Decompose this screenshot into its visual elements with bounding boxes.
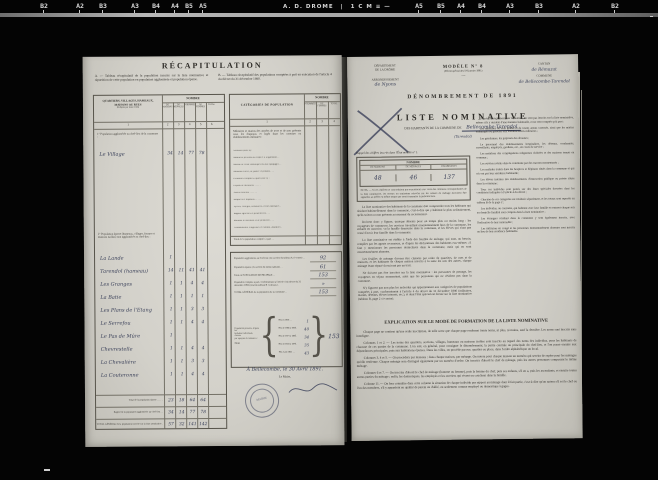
archive-label: A. D. DROME: [283, 4, 334, 10]
explication-paragraph: Chaque page ne contient qu'une seule ins…: [356, 327, 576, 338]
value-cell: 32: [176, 422, 187, 427]
value-cell: 18: [176, 398, 187, 403]
ruler-tick-label: B2: [611, 2, 619, 10]
nota-paragraph: NOTA. — Si ces chiffres ne concordaient …: [360, 186, 468, 199]
column-label: DE MAISONS: [162, 104, 173, 108]
place-name: La Batie: [95, 294, 165, 300]
signer-role: Le Maire,: [225, 374, 345, 379]
value-cell: 41: [187, 268, 198, 273]
commune-handwritten: de Bellecombe-Tarendol: [515, 78, 573, 84]
column-number: 6: [206, 122, 217, 126]
explication-paragraph: Colonnes 3, 4 et 5. — On procédera par m…: [357, 353, 577, 368]
value-cell: 1: [176, 320, 187, 325]
column-number: 4: [328, 119, 340, 123]
table-a-population: QUARTIERS, VILLAGES, HAMEAUX, MAISONS OU…: [93, 94, 227, 430]
value-cell: 4: [197, 281, 208, 286]
value-cell: 1: [187, 294, 198, 299]
dust-speck: [650, 16, 653, 17]
column-label: TOTAL: [206, 104, 217, 108]
census-title: DÉNOMBREMENT DE 1891: [387, 93, 537, 101]
intro-paragraph-b: B. — Tableau récapitulatif des populatio…: [218, 72, 332, 81]
ruler-tick-label: B5: [437, 2, 445, 10]
summary-label: Population éparse (2e section du même ta…: [234, 266, 310, 269]
place-date: À Bellecombe, le 30 Avril 1891.: [225, 367, 345, 373]
left-brace: {: [259, 314, 278, 359]
canton-block: CANTON de Rémuzat COMMUNE de Bellecombe-…: [515, 62, 573, 84]
value-cell: 1: [176, 281, 187, 286]
total-label: Rappel de la population agglomérée au ch…: [96, 412, 165, 415]
column-number: 2: [162, 122, 173, 126]
table-row: Chevrestelle 1 1 4 4: [96, 342, 226, 356]
ruler-tick-label: B2: [40, 2, 48, 10]
place-name: La Lande: [95, 255, 165, 261]
summary-value: 61: [310, 264, 336, 271]
value-cell: 1: [177, 359, 188, 364]
left-page-recapitulation: RÉCAPITULATION A. — Tableau récapitulati…: [83, 55, 345, 447]
table-row: La Chevalière 1 1 3 3: [96, 355, 226, 369]
signature-flourish: [287, 381, 339, 397]
place-name: Le Village: [94, 151, 164, 157]
value-cell: 4: [198, 346, 209, 351]
table-row: Le Pas de Mûre 1: [96, 329, 226, 343]
column-numbers: 23456: [162, 122, 224, 126]
value-cell: 3: [198, 307, 209, 312]
rappel-value: 46: [396, 174, 432, 181]
value-cell: 4: [187, 320, 198, 325]
explication-title: EXPLICATION SUR LE MODE DE FORMATION DE …: [356, 317, 576, 325]
place-name: Les Plans de l'Étang: [95, 307, 165, 313]
totals-rows: Total de la population éparse . . . . . …: [96, 394, 226, 431]
detail-row: Nés avant 1841 . . 43: [279, 348, 310, 356]
column-number: 3: [173, 122, 184, 126]
summary-row: Population comptée à part, conformément …: [234, 281, 338, 289]
section-2-label: 2° Population éparse (hameaux, villages,…: [98, 232, 160, 239]
column-label: DE FEMMES: [316, 103, 328, 107]
right-page-liste-nominative: DÉPARTEMENT DE LA DRÔME ARRONDISSEMENT d…: [347, 54, 583, 441]
ruler-separator: |: [341, 4, 344, 10]
total-label: TOTAL GÉNÉRAL de la population inscrite …: [96, 424, 165, 427]
instruction-paragraph: Les ouvriers réunis dans la commune par …: [476, 161, 574, 166]
column-label: D'HOMMES: [184, 104, 195, 108]
instruction-paragraph: La liste nominative des habitants de la …: [357, 205, 471, 218]
value-cell: 1: [166, 307, 177, 312]
value-cell: 1: [165, 255, 176, 260]
value-cell: 1: [166, 294, 177, 299]
microfilm-scan-viewport[interactable]: B2 A2 B3 A3 B4: [0, 0, 658, 480]
explication-paragraph: Colonnes 1 et 2. — Les noms des quartier…: [356, 338, 576, 353]
detail-label: Nés de 1886 à 1890 .: [279, 327, 297, 329]
value-cell: 78: [196, 151, 207, 156]
value-cell: 14: [176, 410, 187, 415]
table-row: La Lande 1: [95, 251, 225, 265]
ruler-tick-label: A3: [506, 2, 514, 10]
table-a-subcolumns: DE MAISONSDE MÉNAGESD'HOMMESDE FEMMESTOT…: [162, 104, 224, 109]
summary-value: »: [310, 281, 336, 288]
table-b-categories: CATÉGORIES DE POPULATION NOMBRE D'HOMMES…: [229, 93, 342, 246]
instruction-paragraph: Doivent donc y figurer, quoique absents …: [357, 219, 471, 236]
summary-value: 153: [310, 272, 336, 279]
total-label: Total de la population éparse . . . . .: [96, 400, 165, 403]
value-cell: 1: [166, 359, 177, 364]
left-column: Rappel des chiffres inscrits dans l'État…: [356, 150, 472, 306]
table-b-intro: Militaires et marins des armées de terre…: [233, 129, 301, 139]
value-cell: 77: [186, 151, 197, 156]
recap-title: RÉCAPITULATION: [83, 60, 342, 71]
summary-label: TOTAL GÉNÉRAL de la population de la com…: [234, 292, 310, 295]
detail-row: Nés de 1871 à 1885 . 34: [279, 332, 310, 340]
value-cell: 1: [177, 346, 188, 351]
value-cell: 34: [166, 410, 177, 415]
summary-row: TOTAL GÉNÉRAL de la population de la com…: [234, 289, 338, 297]
section-1-label: 1° Population agglomérée au chef-lieu de…: [97, 132, 159, 139]
column-label: DE MAISONS: [360, 165, 396, 170]
place-name: Les Granges: [95, 281, 165, 287]
column-numbers: 234: [304, 119, 340, 123]
value-cell: 64: [198, 398, 209, 403]
ruler-tick-label: B3: [535, 2, 543, 10]
summary-value: 153: [310, 289, 336, 296]
detail-label: Nés en 1891 . .: [278, 319, 291, 321]
table-row: Tarendol (hameau) 14 11 41 41: [95, 264, 225, 278]
summary-value: 92: [310, 255, 336, 262]
instruction-paragraph: Le personnel des établissements hospital…: [476, 142, 574, 150]
column-label: DE FEMMES: [195, 104, 206, 108]
value-cell: 4: [187, 346, 198, 351]
ruler-tick-label: A5: [415, 2, 423, 10]
ruler-tick-label: A3: [131, 2, 139, 10]
value-cell: 3: [187, 307, 198, 312]
value-cell: 4: [187, 281, 198, 286]
arrondissement-handwritten: de Nyons: [355, 82, 415, 89]
summary-row: Total ou POPULATION MUNICIPALE . . 153: [234, 272, 338, 280]
column-number: 1: [230, 119, 304, 124]
value-cell: 57: [166, 422, 177, 427]
value-cell: 1: [176, 307, 187, 312]
instruction-paragraph: Les étrangers résidant dans la commune y…: [477, 216, 575, 224]
recap-intro: A. — Tableau récapitulatif de la populat…: [95, 72, 332, 82]
mayor-stamp: MAIRIE: [242, 380, 283, 421]
nombre-header: NOMBRE: [162, 96, 224, 100]
value-cell: 1: [197, 294, 208, 299]
table-c-summary: Population agglomérée au chef-lieu (1re …: [230, 251, 343, 368]
detail-row: Nés en 1891 . . 1: [278, 316, 309, 324]
explication-paragraph: Colonnes 6 et 7. — On inscrira d'abord l…: [357, 368, 577, 379]
instruction-paragraph: N'y figurent pas non plus les individus …: [358, 285, 472, 302]
column-label: DE MÉNAGES: [173, 104, 184, 108]
place-name: Tarendol (hameau): [95, 268, 165, 274]
value-cell: 3: [187, 359, 198, 364]
detail-row: Nés de 1886 à 1890 . 40: [279, 324, 310, 332]
value-cell: 1: [166, 372, 177, 377]
instruction-paragraph: Tous ces individus sont portés sur des l…: [477, 187, 575, 195]
instruction-paragraph: Chacune de ces catégories est totalisée …: [477, 197, 575, 205]
ruler-tick-label: B5: [185, 2, 193, 10]
rappel-values: 4846137: [360, 170, 466, 186]
rappel-value: 137: [432, 174, 467, 181]
ruler-tick-label: B4: [478, 2, 486, 10]
table-a-header: QUARTIERS, VILLAGES, HAMEAUX, MAISONS OU…: [94, 98, 162, 108]
value-cell: 14: [175, 151, 186, 156]
table-b-rows: Garnison (liste b) :Militaires présents …: [233, 149, 304, 233]
column-number: 2: [304, 119, 316, 123]
total-row: Total de la population éparse . . . . . …: [96, 394, 226, 407]
value-cell: 1: [166, 333, 177, 338]
scale-label: 1 C M ≡ —: [351, 4, 391, 10]
detail-label: Nés de 1841 à 1870 .: [279, 343, 297, 345]
instruction-paragraph: Les membres des congrégations religieuse…: [476, 152, 574, 160]
rappel-box: NOMBRE DE MAISONSDE MÉNAGESD'HABITANTS 4…: [356, 156, 471, 202]
right-column-paragraphs: D'après les règlements sur la matière, n…: [476, 116, 575, 237]
rappel-caption: Rappel des chiffres inscrits dans l'État…: [356, 150, 470, 155]
instruction-paragraph: D'après les règlements sur la matière, n…: [476, 116, 574, 124]
intro-paragraph-a: A. — Tableau récapitulatif de la populat…: [95, 73, 209, 82]
summary-label: Total ou POPULATION MUNICIPALE . .: [234, 275, 310, 278]
place-name: La Chevalière: [96, 359, 166, 365]
stamp-text: MAIRIE: [246, 393, 278, 404]
category-row: Communautés religieuses et établiss. ass…: [234, 226, 304, 233]
table-row: La Couteronne 1 1 4 4: [96, 368, 226, 382]
column-number: 5: [195, 122, 206, 126]
value-cell: 78: [198, 410, 209, 415]
explication-paragraph: Colonne 11. — On fera connaître dans cet…: [357, 379, 577, 390]
total-row: Rappel de la population agglomérée au ch…: [96, 406, 226, 419]
value-cell: 1: [166, 346, 177, 351]
total-row: TOTAL GÉNÉRAL de la population inscrite …: [96, 418, 226, 431]
ruler-tick-label: B3: [99, 2, 107, 10]
ruler-tick-label: B4: [152, 2, 160, 10]
summary-row: Population agglomérée au chef-lieu (1re …: [234, 255, 338, 263]
instruction-paragraph: Ne doivent pas être inscrites sur la lis…: [358, 271, 472, 284]
column-number: 3: [316, 119, 328, 123]
place-name: Chevrestelle: [96, 346, 166, 352]
instruction-paragraph: Les militaires en congé et les personnes…: [477, 226, 575, 234]
table-b-subcolumns: D'HOMMESDE FEMMESTOTAL: [304, 103, 340, 108]
summary-label: Population comptée à part, conformément …: [234, 282, 310, 288]
value-cell: 3: [198, 359, 209, 364]
explication-paragraphs: Chaque page ne contient qu'une seule ins…: [356, 327, 577, 392]
dont-label: Dont: [235, 343, 260, 346]
column-label: DE MÉNAGES: [396, 165, 432, 170]
table-row: Les Granges 1 1 4 4: [95, 277, 225, 291]
value-cell: 1: [177, 372, 188, 377]
summary-rows: Population agglomérée au chef-lieu (1re …: [231, 252, 341, 297]
column-label: D'HABITANTS: [432, 165, 467, 170]
ruler-tick-label: A5: [199, 2, 207, 10]
detail-note: Population présente, d'après les bulleti…: [235, 327, 260, 346]
table-row: Les Plans de l'Étang 1 1 3 3: [95, 303, 225, 317]
instruction-paragraph: Les militaires de tous grades et de tout…: [476, 126, 574, 134]
value-cell: 77: [187, 410, 198, 415]
left-column-paragraphs: La liste nominative des habitants de la …: [357, 205, 472, 302]
value-cell: 34: [165, 151, 176, 156]
column-number: 1: [94, 122, 162, 126]
value-cell: 142: [198, 422, 209, 427]
department-block: DÉPARTEMENT DE LA DRÔME ARRONDISSEMENT d…: [355, 64, 415, 88]
value-cell: 41: [197, 268, 208, 273]
value-cell: 64: [187, 398, 198, 403]
place-name: Le Pas de Mûre: [96, 333, 166, 339]
nombre-header: NOMBRE: [304, 95, 340, 99]
table-row: Le Serrefou 1 1 4 4: [95, 316, 225, 330]
ruler-tick-label: A4: [171, 2, 179, 10]
instruction-paragraph: Les feuilles de ménage doivent être clas…: [357, 256, 471, 269]
right-brace: }: [309, 314, 328, 359]
ruler-tick-label: A2: [572, 2, 580, 10]
column-number: 4: [184, 122, 195, 126]
value-cell: 1: [176, 294, 187, 299]
value-cell: 14: [166, 268, 177, 273]
value-cell: 11: [176, 268, 187, 273]
instruction-paragraph: Les malades traités dans les hospices et…: [476, 167, 574, 175]
signature-block: À Bellecombe, le 30 Avril 1891. Le Maire…: [225, 367, 345, 379]
film-strip-edge: [0, 13, 658, 17]
instruction-paragraph: La liste nominative est établie à l'aide…: [357, 238, 471, 255]
detail-label: Nés de 1871 à 1885 .: [279, 335, 297, 337]
detail-total: 153: [328, 333, 340, 340]
place-name: Le Serrefou: [95, 320, 165, 326]
value-cell: 4: [187, 372, 198, 377]
place-name: La Couteronne: [96, 372, 166, 378]
hamlet-rows: La Lande 1 Tarendol (hameau) 14 11 41 41: [95, 251, 226, 382]
instruction-paragraph: Les individus, au contraire, qui habiten…: [477, 206, 575, 214]
canton-handwritten: de Rémuzat: [515, 66, 573, 72]
value-cell: 1: [166, 281, 177, 286]
instruction-paragraph: Les gendarmes, les préposés des douanes …: [476, 136, 574, 141]
rappel-value: 48: [360, 175, 396, 182]
summary-row: Population éparse (2e section du même ta…: [234, 264, 338, 272]
village-row: Le Village 34 14 77 78: [94, 147, 224, 161]
value-cell: 4: [198, 372, 209, 377]
value-cell: 23: [165, 398, 176, 403]
detail-row: Nés de 1841 à 1870 . 35: [279, 340, 310, 348]
value-cell: 4: [198, 320, 209, 325]
instruction-paragraph: Les élèves internes des établissements d…: [476, 177, 574, 185]
value-cell: 1: [166, 320, 177, 325]
column-label: TOTAL: [328, 103, 340, 107]
table-b-header: CATÉGORIES DE POPULATION: [230, 102, 304, 107]
summary-label: Population agglomérée au chef-lieu (1re …: [234, 258, 310, 261]
detail-block: Population présente, d'après les bulleti…: [234, 316, 339, 357]
value-cell: 141: [187, 422, 198, 427]
table-row: La Batie 1 1 1 1: [95, 290, 225, 304]
dust-speck: [44, 469, 50, 471]
table-b-total-row: Total de la population comptée à part . …: [234, 237, 304, 240]
detail-rows: Nés en 1891 . . 1 Nés de 1886 à 1890 . 4…: [278, 316, 309, 356]
ruler-tick-label: A2: [76, 2, 84, 10]
detail-label: Nés avant 1841 . .: [279, 351, 295, 353]
model-block: MODÈLE N° 8 (Décret spécial des 5-8 janv…: [417, 63, 509, 78]
column-label: D'HOMMES: [304, 103, 316, 107]
ruler-tick-label: A4: [457, 2, 465, 10]
